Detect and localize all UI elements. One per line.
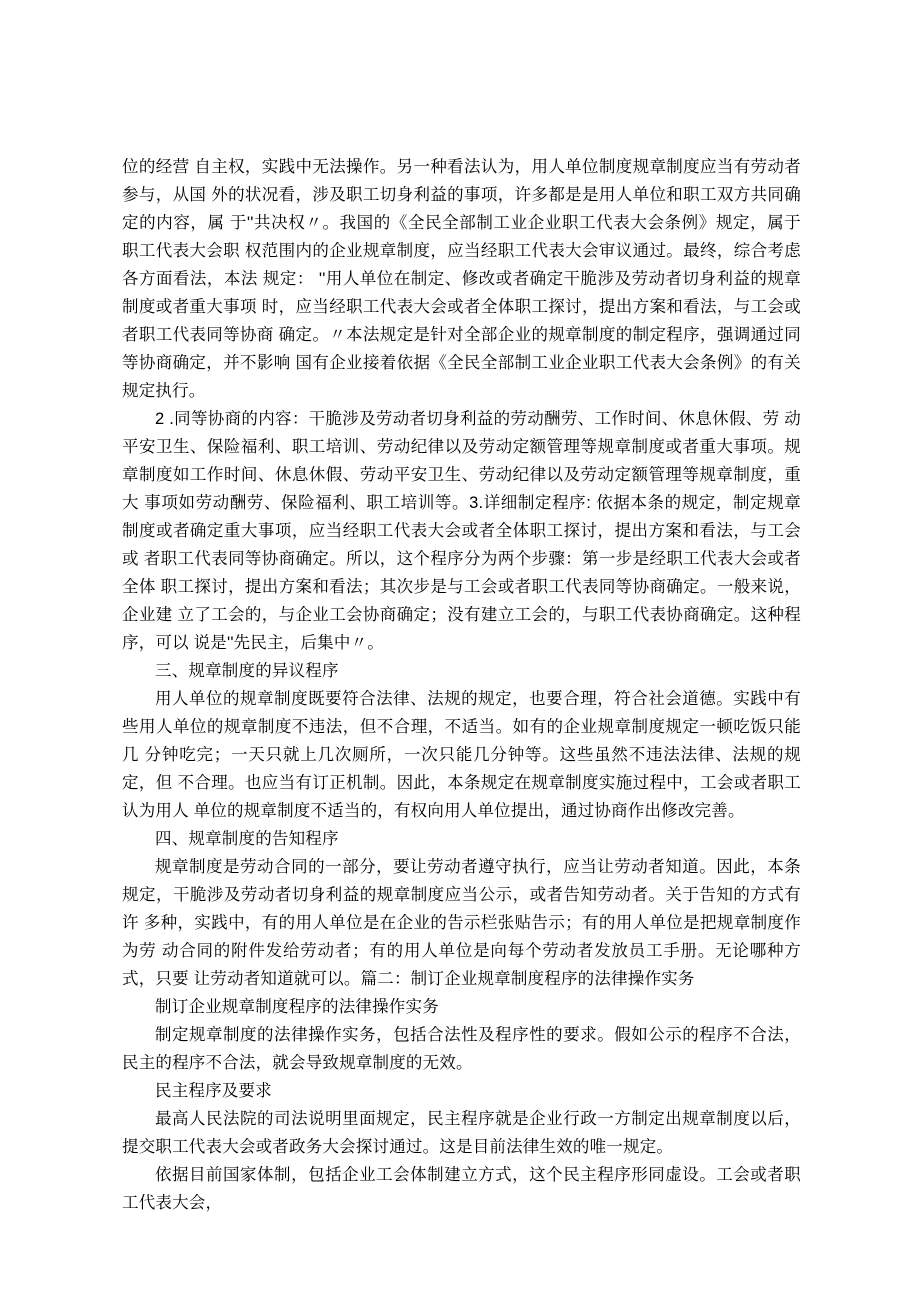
paragraph-national-system-continuation: 依据目前国家体制，包括企业工会体制建立方式，这个民主程序形同虚设。工会或者职 工…: [122, 1161, 801, 1217]
document-body: 位的经营 自主权，实践中无法操作。另一种看法认为，用人单位制度规章制度应当有劳动…: [122, 153, 801, 1217]
paragraph-legal-practice-intro: 制定规章制度的法律操作实务，包括合法性及程序性的要求。假如公示的程序不合法， 民…: [122, 1021, 801, 1077]
paragraph-supreme-court-interpretation: 最高人民法院的司法说明里面规定，民主程序就是企业行政一方制定出规章制度以后， 提…: [122, 1105, 801, 1161]
paragraph-equal-negotiation-content: 2 .同等协商的内容：干脆涉及劳动者切身利益的劳动酬劳、工作时间、休息休假、劳 …: [122, 405, 801, 657]
heading-democratic-procedure-requirements: 民主程序及要求: [122, 1077, 801, 1105]
paragraph-continuation-employer-autonomy: 位的经营 自主权，实践中无法操作。另一种看法认为，用人单位制度规章制度应当有劳动…: [122, 153, 801, 405]
heading-objection-procedure: 三、规章制度的异议程序: [122, 657, 801, 685]
heading-legal-practice-title: 制订企业规章制度程序的法律操作实务: [122, 993, 801, 1021]
heading-notification-procedure: 四、规章制度的告知程序: [122, 825, 801, 853]
paragraph-objection-procedure-body: 用人单位的规章制度既要符合法律、法规的规定，也要合理，符合社会道德。实践中有 些…: [122, 685, 801, 825]
paragraph-notification-procedure-body: 规章制度是劳动合同的一部分，要让劳动者遵守执行，应当让劳动者知道。因此，本条 规…: [122, 853, 801, 993]
document-page: 位的经营 自主权，实践中无法操作。另一种看法认为，用人单位制度规章制度应当有劳动…: [0, 0, 920, 1301]
